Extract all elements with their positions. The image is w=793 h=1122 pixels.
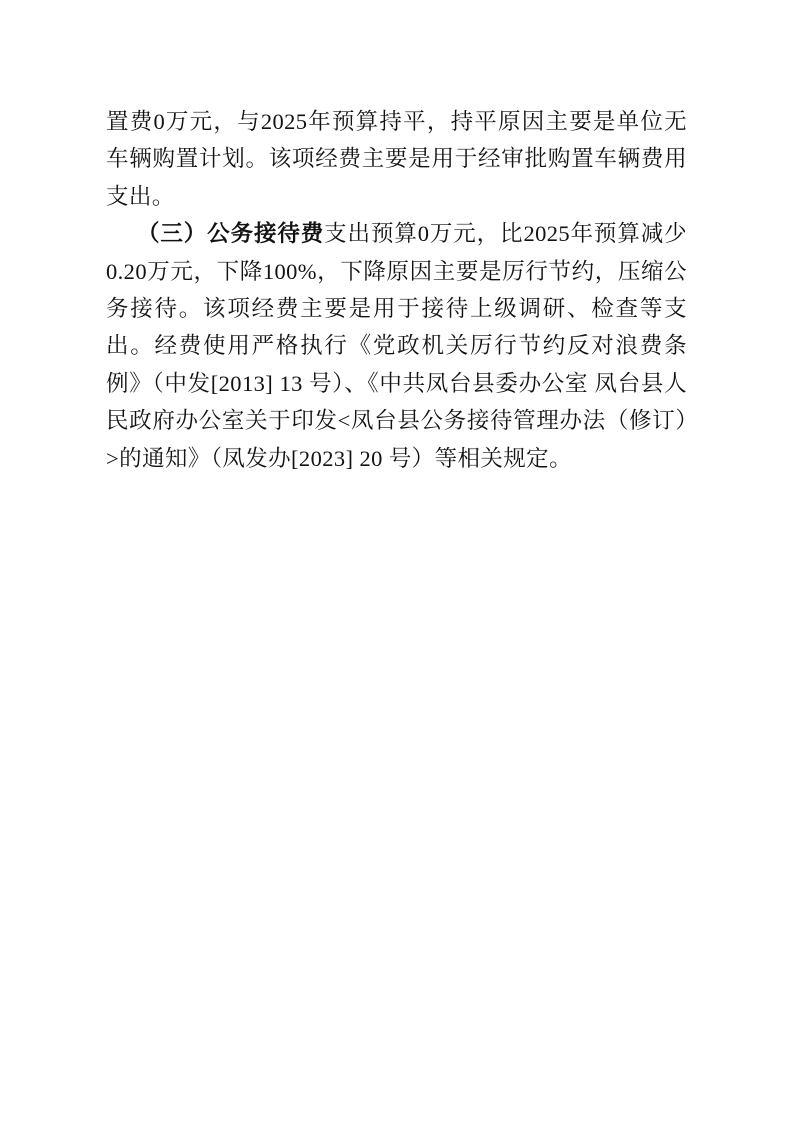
paragraph-vehicle-purchase-text: 置费0万元，与2025年预算持平，持平原因主要是单位无车辆购置计划。该项经费主要…: [106, 109, 687, 209]
document-page: 置费0万元，与2025年预算持平，持平原因主要是单位无车辆购置计划。该项经费主要…: [0, 0, 793, 1122]
paragraph-official-reception: （三）公务接待费支出预算0万元，比2025年预算减少0.20万元，下降100%，…: [106, 215, 687, 477]
paragraph-vehicle-purchase: 置费0万元，与2025年预算持平，持平原因主要是单位无车辆购置计划。该项经费主要…: [106, 103, 687, 215]
paragraph-official-reception-text: 支出预算0万元，比2025年预算减少0.20万元，下降100%，下降原因主要是厉…: [106, 221, 687, 470]
section-heading-official-reception: （三）公务接待费: [137, 221, 324, 246]
